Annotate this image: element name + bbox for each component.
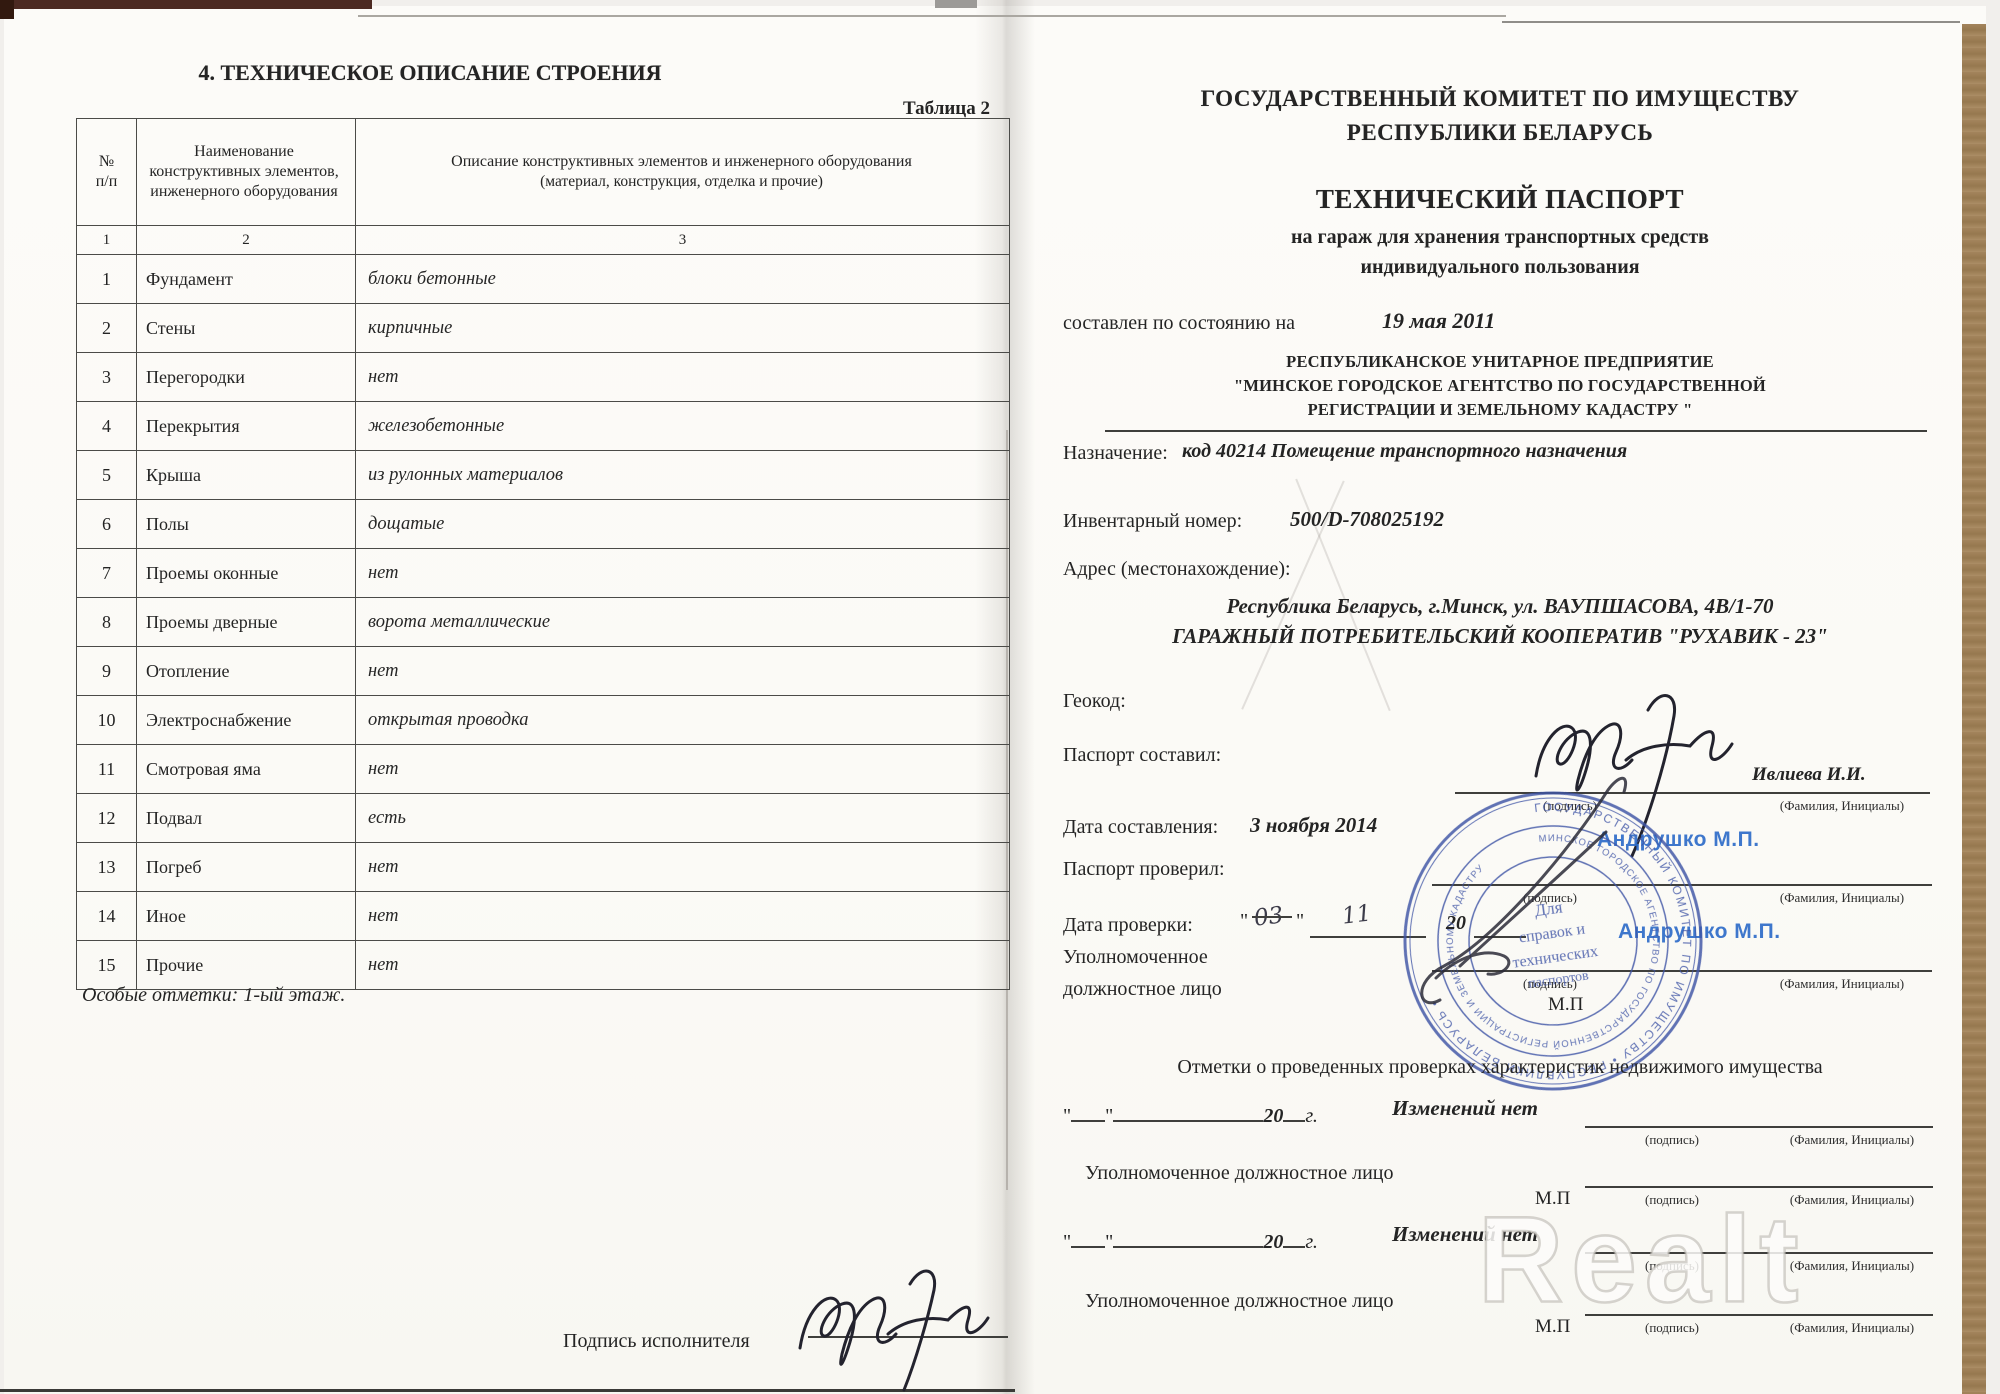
check-block-date-row: ""20г.	[1063, 1226, 1318, 1254]
col-header-desc: Описание конструктивных элементов и инже…	[360, 152, 1003, 172]
inventory-number-label: Инвентарный номер:	[1063, 510, 1242, 533]
check1-official-line	[1585, 1186, 1933, 1188]
quote: "	[1063, 1105, 1071, 1127]
stamp-center-line1: Для	[1533, 897, 1563, 920]
table-row: 8Проемы дверныеворота металлические	[77, 598, 1010, 647]
table-column-numbers-row: 1 2 3	[77, 226, 1010, 255]
check-block-official-label: Уполномоченное должностное лицо	[1085, 1290, 1394, 1313]
compiled-by-label: Паспорт составил:	[1063, 744, 1221, 767]
table-row: 11Смотровая яманет	[77, 745, 1010, 794]
table-caption: Таблица 2	[790, 98, 990, 120]
address-line2: ГАРАЖНЫЙ ПОТРЕБИТЕЛЬСКИЙ КООПЕРАТИВ "РУХ…	[1040, 624, 1960, 649]
stamp-center-line2: справок и	[1518, 920, 1587, 946]
name-caption: (Фамилия, Инициалы)	[1762, 976, 1922, 992]
check-block-official-label: Уполномоченное должностное лицо	[1085, 1162, 1394, 1185]
name-caption: (Фамилия, Инициалы)	[1762, 890, 1922, 906]
table-row: 2Стеныкирпичные	[77, 304, 1010, 353]
table-row: 6Полыдощатые	[77, 500, 1010, 549]
geocode-label: Геокод:	[1063, 690, 1126, 713]
year-suffix: г.	[1305, 1105, 1318, 1127]
purpose-label: Назначение:	[1063, 442, 1168, 465]
year-prefix: 20	[1263, 1105, 1283, 1127]
photo-edge-mark	[935, 0, 977, 8]
scanned-technical-passport: 4. ТЕХНИЧЕСКОЕ ОПИСАНИЕ СТРОЕНИЯ Таблица…	[0, 0, 2000, 1394]
check-date-quote-open: "	[1240, 910, 1248, 933]
photo-edge-top	[0, 0, 372, 9]
page-bottom-edge	[0, 1389, 1015, 1392]
col-header-name: Наименование конструктивных элементов, и…	[137, 119, 356, 226]
col-header-num: №	[83, 152, 130, 172]
special-notes: Особые отметки: 1-ый этаж.	[82, 984, 345, 1007]
table-row: 14Иноенет	[77, 892, 1010, 941]
check-date-month-handwritten: 11	[1341, 900, 1373, 929]
quote: "	[1063, 1231, 1071, 1253]
purpose-value: код 40214 Помещение транспортного назнач…	[1182, 440, 1627, 463]
as-of-date: 19 мая 2011	[1382, 308, 1495, 334]
table-row: 12Подвалесть	[77, 794, 1010, 843]
agency-line3: РЕГИСТРАЦИИ И ЗЕМЕЛЬНОМУ КАДАСТРУ "	[1040, 400, 1960, 420]
address-label: Адрес (местонахождение):	[1063, 558, 1291, 581]
check-date-day-line	[1252, 916, 1292, 918]
table-row: 9Отоплениенет	[77, 647, 1010, 696]
document-title: ТЕХНИЧЕСКИЙ ПАСПОРТ	[1040, 184, 1960, 215]
agency-underline	[1105, 430, 1927, 432]
committee-title-line2: РЕСПУБЛИКИ БЕЛАРУСЬ	[1040, 120, 1960, 146]
agency-line2: "МИНСКОЕ ГОРОДСКОЕ АГЕНТСТВО ПО ГОСУДАРС…	[1040, 376, 1960, 396]
authorized-official-line1: Уполномоченное	[1063, 946, 1208, 969]
authorized-official-line2: должностное лицо	[1063, 978, 1222, 1001]
inventory-number-value: 500/D-708025192	[1290, 507, 1444, 532]
address-line1: Республика Беларусь, г.Минск, ул. ВАУПША…	[1040, 594, 1960, 619]
compile-date-value: 3 ноября 2014	[1250, 813, 1377, 838]
check-date-quote-close: "	[1296, 910, 1304, 933]
signature-caption: (подпись)	[1592, 1132, 1752, 1148]
table-row: 10Электроснабжениеоткрытая проводка	[77, 696, 1010, 745]
checked-by-label: Паспорт проверил:	[1063, 858, 1225, 881]
check1-signature-line	[1585, 1126, 1933, 1128]
year-prefix: 20	[1263, 1231, 1283, 1253]
page-top-edge-right	[1502, 21, 1960, 23]
name-caption: (Фамилия, Инициалы)	[1772, 1132, 1932, 1148]
realt-watermark: Realt	[1478, 1189, 1807, 1330]
table-row: 3Перегородкинет	[77, 353, 1010, 402]
document-subtitle-line1: на гараж для хранения транспортных средс…	[1040, 226, 1960, 249]
table-row: 13Погребнет	[77, 843, 1010, 892]
table-row: 7Проемы оконныенет	[77, 549, 1010, 598]
executor-signature-line	[808, 1336, 1008, 1338]
book-binding-edge	[1962, 24, 1986, 1394]
as-of-label: составлен по состоянию на	[1063, 312, 1295, 335]
table-row: 15Прочиенет	[77, 941, 1010, 990]
quote: "	[1105, 1105, 1113, 1127]
table-header-row: № п/п Наименование конструктивных элемен…	[77, 119, 1010, 226]
executor-signature-label: Подпись исполнителя	[563, 1330, 750, 1353]
stamp-center-line3: технических	[1512, 943, 1600, 972]
compile-date-label: Дата составления:	[1063, 816, 1218, 839]
section-title: 4. ТЕХНИЧЕСКОЕ ОПИСАНИЕ СТРОЕНИЯ	[120, 60, 740, 86]
check-date-label: Дата проверки:	[1063, 914, 1193, 937]
checks-section-title: Отметки о проведенных проверках характер…	[1040, 1056, 1960, 1079]
table-row: 1Фундаментблоки бетонные	[77, 255, 1010, 304]
table-row: 4Перекрытияжелезобетонные	[77, 402, 1010, 451]
quote: "	[1105, 1231, 1113, 1253]
name-caption: (Фамилия, Инициалы)	[1762, 798, 1922, 814]
check-block-date-row: ""20г.	[1063, 1100, 1318, 1128]
page-top-edge-left	[358, 15, 1506, 17]
no-changes-note: Изменений нет	[1392, 1096, 1538, 1121]
document-subtitle-line2: индивидуального пользования	[1040, 256, 1960, 279]
photo-edge-corner	[0, 0, 14, 19]
committee-title-line1: ГОСУДАРСТВЕННЫЙ КОМИТЕТ ПО ИМУЩЕСТВУ	[1040, 86, 1960, 112]
agency-line1: РЕСПУБЛИКАНСКОЕ УНИТАРНОЕ ПРЕДПРИЯТИЕ	[1040, 352, 1960, 372]
stamp-center-line4: паспортов	[1527, 968, 1590, 991]
year-suffix: г.	[1305, 1231, 1318, 1253]
compiled-by-name: Ивлиева И.И.	[1752, 764, 1866, 786]
table-row: 5Крышаиз рулонных материалов	[77, 451, 1010, 500]
construction-elements-table: № п/п Наименование конструктивных элемен…	[76, 118, 1010, 990]
